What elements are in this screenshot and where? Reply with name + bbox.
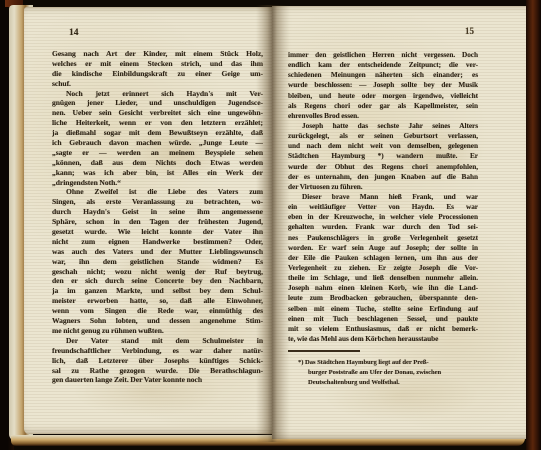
text-line: Ohne Zweifel ist die Liebe des Vaters zu…	[52, 187, 263, 197]
text-line: einen mit Tuch beschlagenen Sessel, und …	[288, 314, 478, 324]
text-line: durch Haydn's Geist in seine ihm angemes…	[52, 207, 263, 217]
text-line: lich, daß Letzterer über Josephs künftig…	[52, 356, 263, 366]
text-line: sal zu Rathe gezogen wurde. Die Berathsc…	[52, 366, 263, 376]
text-line: wurde beschlossen: — Joseph sollte bey d…	[288, 80, 478, 90]
text-line: schiedenen Meinungen näherten sich einan…	[288, 70, 478, 80]
text-line: nen. Ueber sein Gesicht verbreitet sich …	[52, 108, 263, 118]
text-line: Joseph hatte das sechste Jahr seines Alt…	[288, 121, 478, 131]
text-line: endlich kam der entscheidende Zeitpunct;…	[288, 60, 478, 70]
right-page: 15 immer den geistlichen Herren nicht ve…	[272, 6, 530, 439]
text-line: immer den geistlichen Herren nicht verge…	[288, 50, 478, 60]
text-line: freundschaftlicher Verbindung, es war da…	[52, 346, 263, 356]
text-line: wurde der Obhut des Regens chori anempfo…	[288, 162, 478, 172]
text-line: *) Das Städtchen Haymburg liegt auf der …	[298, 358, 470, 368]
footnote-text-block: *) Das Städtchen Haymburg liegt auf der …	[298, 358, 470, 389]
text-line: was auch des Vaters und der Mutter Liebl…	[52, 247, 263, 257]
page-number-left: 14	[69, 28, 79, 38]
text-line: „können, daß aus dem Nichts doch Etwas w…	[52, 158, 263, 168]
text-line: Singen, als erste Veranlassung zu betrac…	[52, 197, 263, 207]
text-line: gen dauerten lange Zeit. Der Vater konnt…	[52, 375, 263, 385]
text-line: te, wie das Mehl aus dem Körbchen heraus…	[288, 334, 478, 344]
text-line: den er sich durch seine Concerte bey den…	[52, 276, 263, 286]
text-line: Joseph nahm einen kleinen Korb, wie ihn …	[288, 283, 478, 293]
text-line: war, ihn dem geistlichen Stande widmen? …	[52, 257, 263, 267]
text-line: nicht zum eignen Handwerke bestimmen? Od…	[52, 237, 263, 247]
text-line: selben mit einem Tuche, stellte seine Er…	[288, 304, 478, 314]
page-number-right: 15	[465, 26, 474, 36]
text-line: bleiben, und heute oder morgen irgendwo,…	[288, 91, 478, 101]
text-line: Städtchen Haymburg *) wandern mußte. Er	[288, 151, 478, 161]
text-line: die kindische Einbildungskraft zu einer …	[52, 69, 263, 79]
text-line: burger Poststraße am Ufer der Donau, zwi…	[298, 368, 470, 378]
text-line: Der Vater stand mit dem Schulmeister in	[52, 336, 263, 346]
text-line: „sagte er — werden an meinem Beyspiele s…	[52, 148, 263, 158]
text-line: ehrenvolles Brod essen.	[288, 111, 478, 121]
text-line: „kann; was ich aber bin, ist Alles ein W…	[52, 168, 263, 178]
footnote-rule	[288, 350, 360, 352]
text-line: Wagners Sohn lobten, und dessen angenehm…	[52, 316, 263, 326]
text-line: Deutschaltenburg und Wolfsthal.	[298, 378, 470, 388]
text-line: Verlegenheit zu ziehen. Er zeigte Joseph…	[288, 263, 478, 273]
text-line: und nach dem nicht weit von demselben, g…	[288, 141, 478, 151]
text-line: liche Heiterkeit, wenn er von den letzte…	[52, 118, 263, 128]
text-line: wenn vom Singen die Rede war, einmüthig …	[52, 306, 263, 316]
text-line: meister erworben hatte, so, daß alle Ein…	[52, 296, 263, 306]
text-line: zurückgelegt, als er seinen Geburtsort v…	[288, 131, 478, 141]
text-line: leute zum Brodbacken gebrauchen, überspa…	[288, 293, 478, 303]
text-line: geschah nicht; wozu nicht wenig der Ruf …	[52, 267, 263, 277]
book-scan-photo: 14 Gesang nach Art der Kinder, mit einem…	[0, 0, 541, 450]
text-line: Gesang nach Art der Kinder, mit einem St…	[52, 49, 263, 59]
text-line: ein weitläufiger Vetter von Haydn. Es wa…	[288, 202, 478, 212]
text-line: „dringendsten Noth.“	[52, 178, 263, 188]
text-line: gehalten wurden. Frank war durch den Tod…	[288, 222, 478, 232]
text-line: ich Gebrauch davon machen würde. „Junge …	[52, 138, 263, 148]
text-line: mit so vielem Enthusiasmus, daß er nicht…	[288, 324, 478, 334]
text-line: theile im Schlage, und ließ denselben nu…	[288, 273, 478, 283]
left-page: 14 Gesang nach Art der Kinder, mit einem…	[24, 7, 272, 434]
text-line: der Eile die Pauken schlagen lernen, um …	[288, 253, 478, 263]
text-line: ja dießmahl sogar mit dem Bewußtseyn erz…	[52, 128, 263, 138]
text-line: der es unternahm, den jungen Knaben auf …	[288, 172, 478, 182]
text-line: me nicht genug zu rühmen wußten.	[52, 326, 263, 336]
left-page-text-block: Gesang nach Art der Kinder, mit einem St…	[52, 49, 263, 385]
text-line: Dieser brave Mann hieß Frank, und war	[288, 192, 478, 202]
text-line: nes Paukenschlägers in große Verlegenhei…	[288, 233, 478, 243]
book-cover-right-edge	[526, 0, 541, 450]
text-line: gesetzt wurde. Wie leicht konnte der Vat…	[52, 227, 263, 237]
text-line: Sphäre, schon in den Tagen der frühesten…	[52, 217, 263, 227]
text-line: Noch jetzt erinnert sich Haydn's mit Ver…	[52, 89, 263, 99]
text-line: worden. Er warf sein Auge auf Joseph; de…	[288, 243, 478, 253]
text-line: als Regens chori oder gar als Kapellmeis…	[288, 101, 478, 111]
text-line: schuf.	[52, 79, 263, 89]
text-line: der Virtuosen zu führen.	[288, 182, 478, 192]
text-line: eben in der Kreuzwoche, in welcher viele…	[288, 212, 478, 222]
text-line: ja im ganzen Markte, und selbst bey dem …	[52, 286, 263, 296]
text-line: welches er mit einem Stecken strich, und…	[52, 59, 263, 69]
right-page-text-block: immer den geistlichen Herren nicht verge…	[288, 50, 478, 344]
text-line: gnügen jener Lieder, und unschuldigen Ju…	[52, 98, 263, 108]
